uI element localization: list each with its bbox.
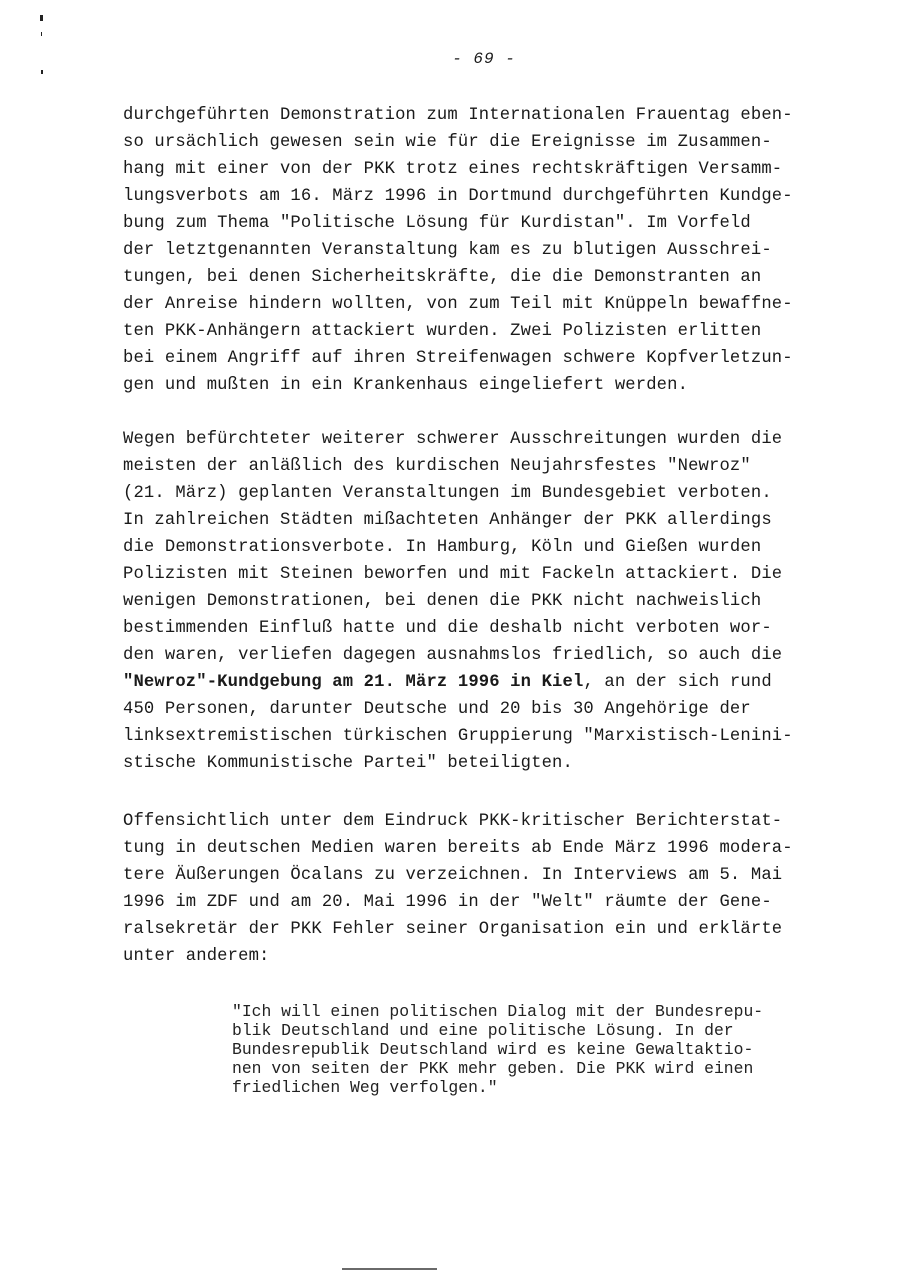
text-line: den waren, verliefen dagegen ausnahmslos… — [123, 646, 782, 665]
emphasized-text: "Newroz"-Kundgebung am 21. März 1996 in … — [123, 673, 583, 692]
text-line: wenigen Demonstrationen, bei denen die P… — [123, 592, 761, 611]
text-line: stische Kommunistische Partei" beteiligt… — [123, 754, 573, 773]
text-line: lungsverbots am 16. März 1996 in Dortmun… — [123, 187, 793, 206]
text-line: bestimmenden Einfluß hatte und die desha… — [123, 619, 772, 638]
text-line: Polizisten mit Steinen beworfen und mit … — [123, 565, 782, 584]
text-line: der letztgenannten Veranstaltung kam es … — [123, 241, 772, 260]
text-line: der Anreise hindern wollten, von zum Tei… — [123, 295, 793, 314]
text-line: meisten der anläßlich des kurdischen Neu… — [123, 457, 751, 476]
paragraph-1: durchgeführten Demonstration zum Interna… — [123, 102, 848, 399]
scan-mark — [41, 70, 43, 74]
scan-mark — [40, 15, 43, 21]
text-line: unter anderem: — [123, 947, 270, 966]
paragraph-2: Wegen befürchteter weiterer schwerer Aus… — [123, 426, 848, 777]
text-line: tung in deutschen Medien waren bereits a… — [123, 839, 793, 858]
text-line: ten PKK-Anhängern attackiert wurden. Zwe… — [123, 322, 761, 341]
text-line: In zahlreichen Städten mißachteten Anhän… — [123, 511, 772, 530]
paragraph-3: Offensichtlich unter dem Eindruck PKK-kr… — [123, 808, 848, 970]
text-line: friedlichen Weg verfolgen." — [232, 1078, 498, 1097]
text-line: "Ich will einen politischen Dialog mit d… — [232, 1002, 763, 1021]
page-number: - 69 - — [0, 50, 900, 68]
text-line: tungen, bei denen Sicherheitskräfte, die… — [123, 268, 761, 287]
text-line: (21. März) geplanten Veranstaltungen im … — [123, 484, 772, 503]
text-line: so ursächlich gewesen sein wie für die E… — [123, 133, 772, 152]
scan-rule — [342, 1268, 437, 1270]
text-line: blik Deutschland und eine politische Lös… — [232, 1021, 734, 1040]
text-line: bung zum Thema "Politische Lösung für Ku… — [123, 214, 751, 233]
text-line: "Newroz"-Kundgebung am 21. März 1996 in … — [123, 673, 772, 692]
text-line: Bundesrepublik Deutschland wird es keine… — [232, 1040, 753, 1059]
text-line: Wegen befürchteter weiterer schwerer Aus… — [123, 430, 782, 449]
text-line: 1996 im ZDF und am 20. Mai 1996 in der "… — [123, 893, 772, 912]
text-line: bei einem Angriff auf ihren Streifenwage… — [123, 349, 793, 368]
text-line: nen von seiten der PKK mehr geben. Die P… — [232, 1059, 753, 1078]
text-line: die Demonstrationsverbote. In Hamburg, K… — [123, 538, 761, 557]
text-line: gen und mußten in ein Krankenhaus eingel… — [123, 376, 688, 395]
text-line: durchgeführten Demonstration zum Interna… — [123, 106, 793, 125]
text-line: tere Äußerungen Öcalans zu verzeichnen. … — [123, 866, 782, 885]
text-line: linksextremistischen türkischen Gruppier… — [123, 727, 793, 746]
text-line: ralsekretär der PKK Fehler seiner Organi… — [123, 920, 782, 939]
text-line: hang mit einer von der PKK trotz eines r… — [123, 160, 782, 179]
text-line: 450 Personen, darunter Deutsche und 20 b… — [123, 700, 751, 719]
scan-mark — [41, 32, 42, 36]
quote-block: "Ich will einen politischen Dialog mit d… — [232, 1002, 852, 1097]
text-line: Offensichtlich unter dem Eindruck PKK-kr… — [123, 812, 782, 831]
